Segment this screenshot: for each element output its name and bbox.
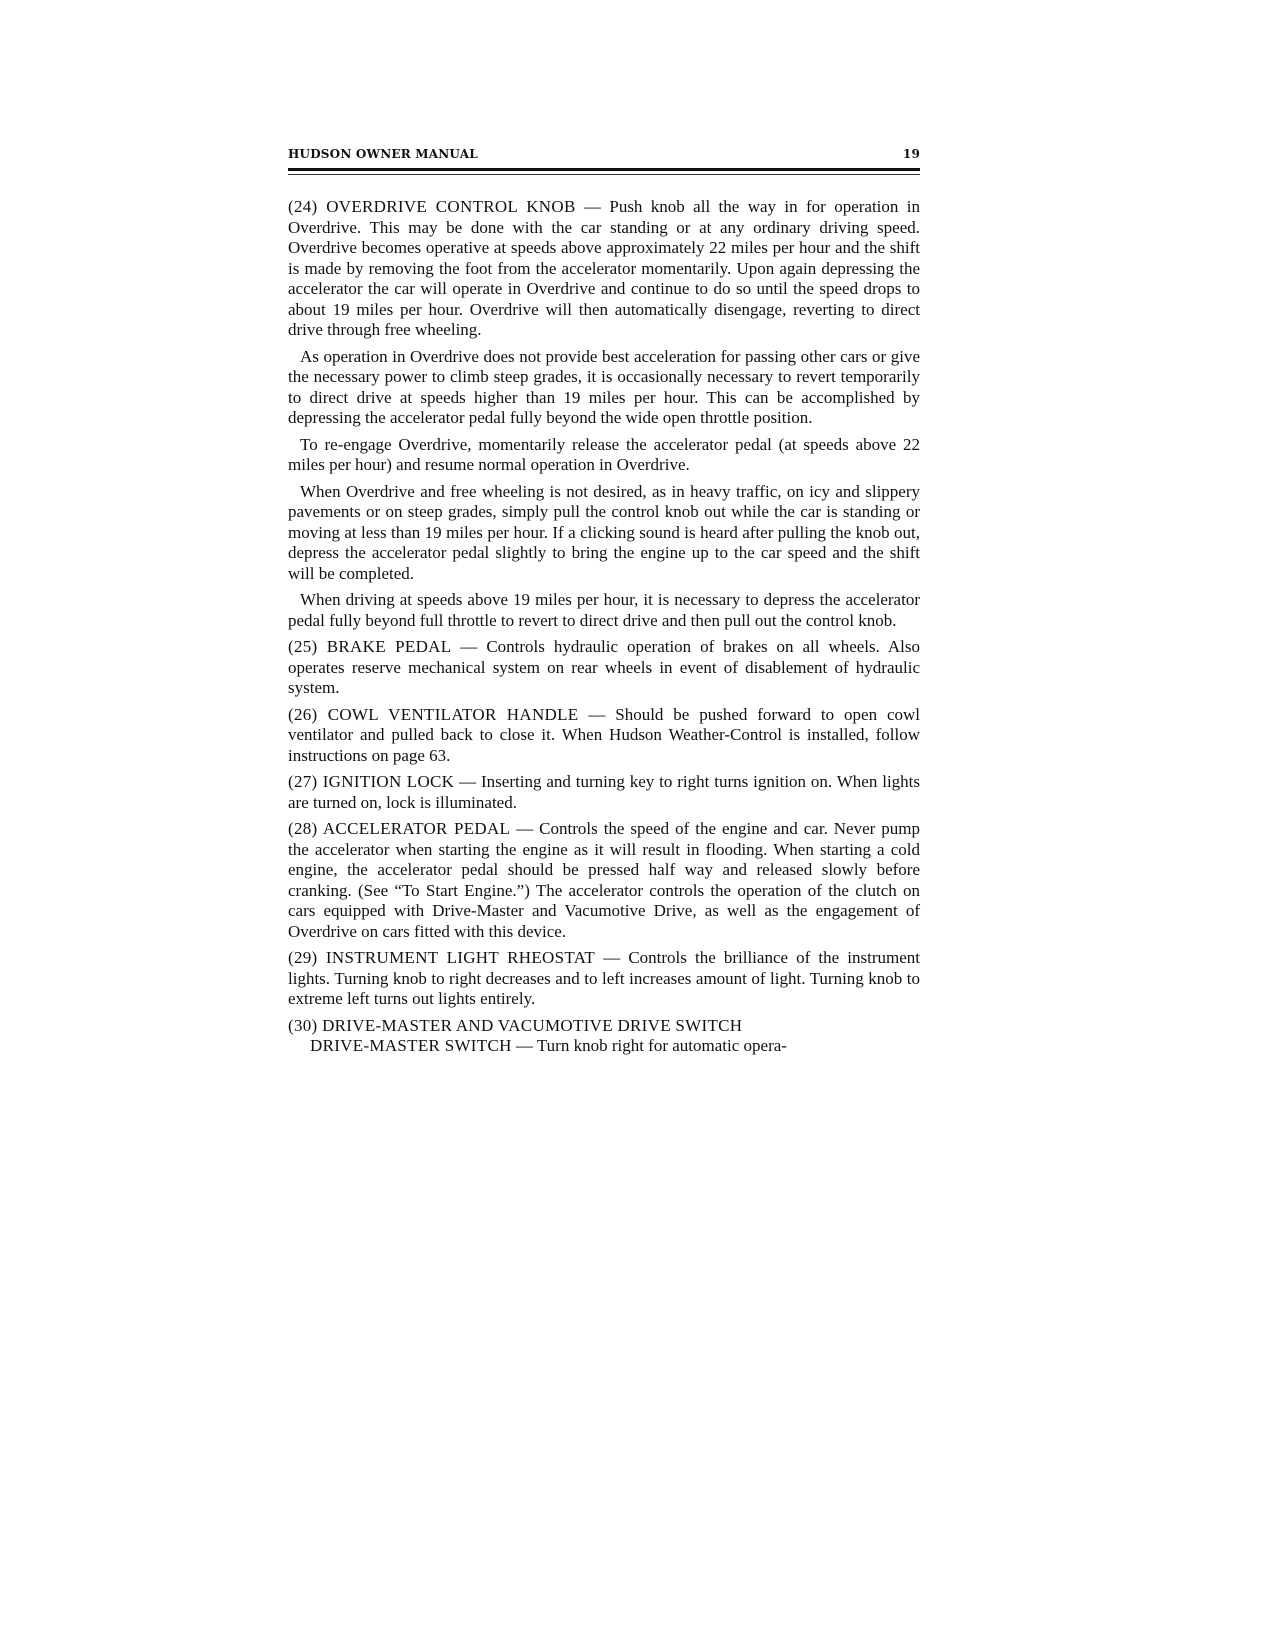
em-dash: — bbox=[451, 637, 486, 656]
em-dash: — bbox=[454, 772, 481, 791]
item-title: (29) INSTRUMENT LIGHT RHEOSTAT bbox=[288, 948, 595, 967]
item-30: (30) DRIVE-MASTER AND VACUMOTIVE DRIVE S… bbox=[288, 1016, 920, 1037]
item-text: Push knob all the way in for operation i… bbox=[288, 197, 920, 339]
em-dash: — bbox=[595, 948, 628, 967]
em-dash: — bbox=[576, 197, 610, 216]
item-title: (26) COWL VENTILATOR HANDLE bbox=[288, 705, 578, 724]
item-25: (25) BRAKE PEDAL — Controls hydraulic op… bbox=[288, 637, 920, 699]
item-text: Turn knob right for automatic opera- bbox=[537, 1036, 787, 1055]
header-rule-thick bbox=[288, 168, 920, 171]
item-title: (30) DRIVE-MASTER AND VACUMOTIVE DRIVE S… bbox=[288, 1016, 742, 1035]
item-27: (27) IGNITION LOCK — Inserting and turni… bbox=[288, 772, 920, 813]
item-title: (25) BRAKE PEDAL bbox=[288, 637, 451, 656]
item-title: (28) ACCELERATOR PEDAL bbox=[288, 819, 510, 838]
paragraph: As operation in Overdrive does not provi… bbox=[288, 347, 920, 429]
page-content: (24) OVERDRIVE CONTROL KNOB — Push knob … bbox=[288, 197, 920, 1057]
page-number: 19 bbox=[903, 144, 920, 165]
em-dash: — bbox=[578, 705, 615, 724]
item-title: (27) IGNITION LOCK bbox=[288, 772, 454, 791]
paragraph: To re-engage Overdrive, momentarily rele… bbox=[288, 435, 920, 476]
item-subtitle: DRIVE-MASTER SWITCH bbox=[310, 1036, 512, 1055]
paragraph: When Overdrive and free wheeling is not … bbox=[288, 482, 920, 585]
page-header: HUDSON OWNER MANUAL 19 bbox=[288, 148, 920, 164]
item-title: (24) OVERDRIVE CONTROL KNOB bbox=[288, 197, 576, 216]
item-24: (24) OVERDRIVE CONTROL KNOB — Push knob … bbox=[288, 197, 920, 341]
em-dash: — bbox=[510, 819, 539, 838]
manual-page: HUDSON OWNER MANUAL 19 (24) OVERDRIVE CO… bbox=[288, 148, 920, 1063]
em-dash: — bbox=[512, 1036, 537, 1055]
item-30-sub: DRIVE-MASTER SWITCH — Turn knob right fo… bbox=[288, 1036, 920, 1057]
item-26: (26) COWL VENTILATOR HANDLE — Should be … bbox=[288, 705, 920, 767]
item-29: (29) INSTRUMENT LIGHT RHEOSTAT — Control… bbox=[288, 948, 920, 1010]
paragraph: When driving at speeds above 19 miles pe… bbox=[288, 590, 920, 631]
running-title: HUDSON OWNER MANUAL bbox=[288, 144, 478, 165]
item-28: (28) ACCELERATOR PEDAL — Controls the sp… bbox=[288, 819, 920, 942]
header-rule-thin bbox=[288, 174, 920, 175]
